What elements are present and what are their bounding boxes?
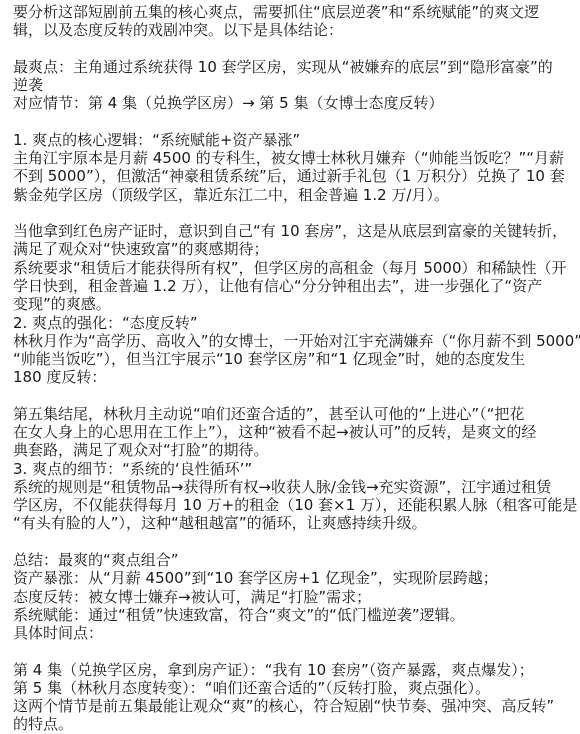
text-line: 第 5 集（林秋月态度转变）：“咱们还蛮合适的”（反转打脸，爽点强化）。 — [13, 679, 578, 697]
text-line: 系统的规则是“租赁物品→获得所有权→收获人脉/金钱→充实资源”，江宇通过租赁 — [13, 478, 578, 496]
text-line: 典套路，满足了观众对“打脸”的期待。 — [13, 441, 578, 459]
text-line — [13, 204, 578, 222]
text-line: 3. 爽点的细节：“系统的‘良性循环’” — [13, 460, 578, 478]
text-line — [13, 40, 578, 58]
text-line: 系统赋能：通过“租赁”快速致富，符合“爽文”的“低门槛逆袭”逻辑。 — [13, 606, 578, 624]
text-line: 当他拿到红色房产证时，意识到自己“有 10 套房”，这是从底层到富豪的关键转折， — [13, 222, 578, 240]
text-line: 资产暴涨：从“月薪 4500”到“10 套学区房+1 亿现金”，实现阶层跨越； — [13, 569, 578, 587]
text-line: 1. 爽点的核心逻辑：“系统赋能+资产暴涨” — [13, 131, 578, 149]
text-line — [13, 642, 578, 660]
text-line: 总结：最爽的“爽点组合” — [13, 551, 578, 569]
text-line: 180 度反转： — [13, 368, 578, 386]
text-line: 态度反转：被女博士嫌弃→被认可，满足“打脸”需求； — [13, 588, 578, 606]
text-line: 林秋月作为“高学历、高收入”的女博士，一开始对江宇充满嫌弃（“你月薪不到 500… — [13, 332, 578, 350]
text-line: 最爽点：主角通过系统获得 10 套学区房，实现从“被嫌弃的底层”到“隐形富豪”的 — [13, 58, 578, 76]
text-line: 在女人身上的心思用在工作上”），这种“被看不起→被认可”的反转，是爽文的经 — [13, 423, 578, 441]
text-line: “有头有脸的人”），这种“越租越富”的循环，让爽感持续升级。 — [13, 514, 578, 532]
text-line: 对应情节：第 4 集（兑换学区房）→ 第 5 集（女博士态度反转） — [13, 94, 578, 112]
text-line — [13, 387, 578, 405]
text-line — [13, 113, 578, 131]
text-line: 系统要求“租赁后才能获得所有权”，但学区房的高租金（每月 5000）和稀缺性（开 — [13, 259, 578, 277]
text-line: 第五集结尾，林秋月主动说“咱们还蛮合适的”，甚至认可他的“上进心”（“把花 — [13, 405, 578, 423]
text-line: 学区房，不仅能获得每月 10 万+的租金（10 套×1 万），还能积累人脉（租客… — [13, 496, 578, 514]
text-line: 第 4 集（兑换学区房，拿到房产证）：“我有 10 套房”（资产暴露，爽点爆发）… — [13, 661, 578, 679]
analysis-text-body: 要分析这部短剧前五集的核心爽点，需要抓住“底层逆袭”和“系统赋能”的爽文逻辑，以… — [13, 3, 578, 734]
text-line: 辑，以及态度反转的戏剧冲突。以下是具体结论： — [13, 21, 578, 39]
text-line: “帅能当饭吃”），但当江宇展示“10 套学区房”和“1 亿现金”时，她的态度发生 — [13, 350, 578, 368]
text-line: 具体时间点： — [13, 624, 578, 642]
text-line: 变现”的爽感。 — [13, 295, 578, 313]
document-page: 要分析这部短剧前五集的核心爽点，需要抓住“底层逆袭”和“系统赋能”的爽文逻辑，以… — [0, 0, 580, 734]
text-line: 2. 爽点的强化：“态度反转” — [13, 314, 578, 332]
text-line — [13, 533, 578, 551]
text-line: 要分析这部短剧前五集的核心爽点，需要抓住“底层逆袭”和“系统赋能”的爽文逻 — [13, 3, 578, 21]
text-line: 这两个情节是前五集最能让观众“爽”的核心，符合短剧“快节奏、强冲突、高反转” — [13, 697, 578, 715]
text-line: 不到 5000”），但激活“神豪租赁系统”后，通过新手礼包（1 万积分）兑换了 … — [13, 167, 578, 185]
text-line: 紫金苑学区房（顶级学区，靠近东江二中，租金普遍 1.2 万/月）。 — [13, 186, 578, 204]
text-line: 逆袭 — [13, 76, 578, 94]
text-line: 学日快到，租金普遍 1.2 万），让他有信心“分分钟租出去”，进一步强化了“资产 — [13, 277, 578, 295]
text-line: 的特点。 — [13, 715, 578, 733]
text-line: 满足了观众对“快速致富”的爽感期待； — [13, 240, 578, 258]
text-line: 主角江宇原本是月薪 4500 的专科生，被女博士林秋月嫌弃（“帅能当饭吃？”“月… — [13, 149, 578, 167]
